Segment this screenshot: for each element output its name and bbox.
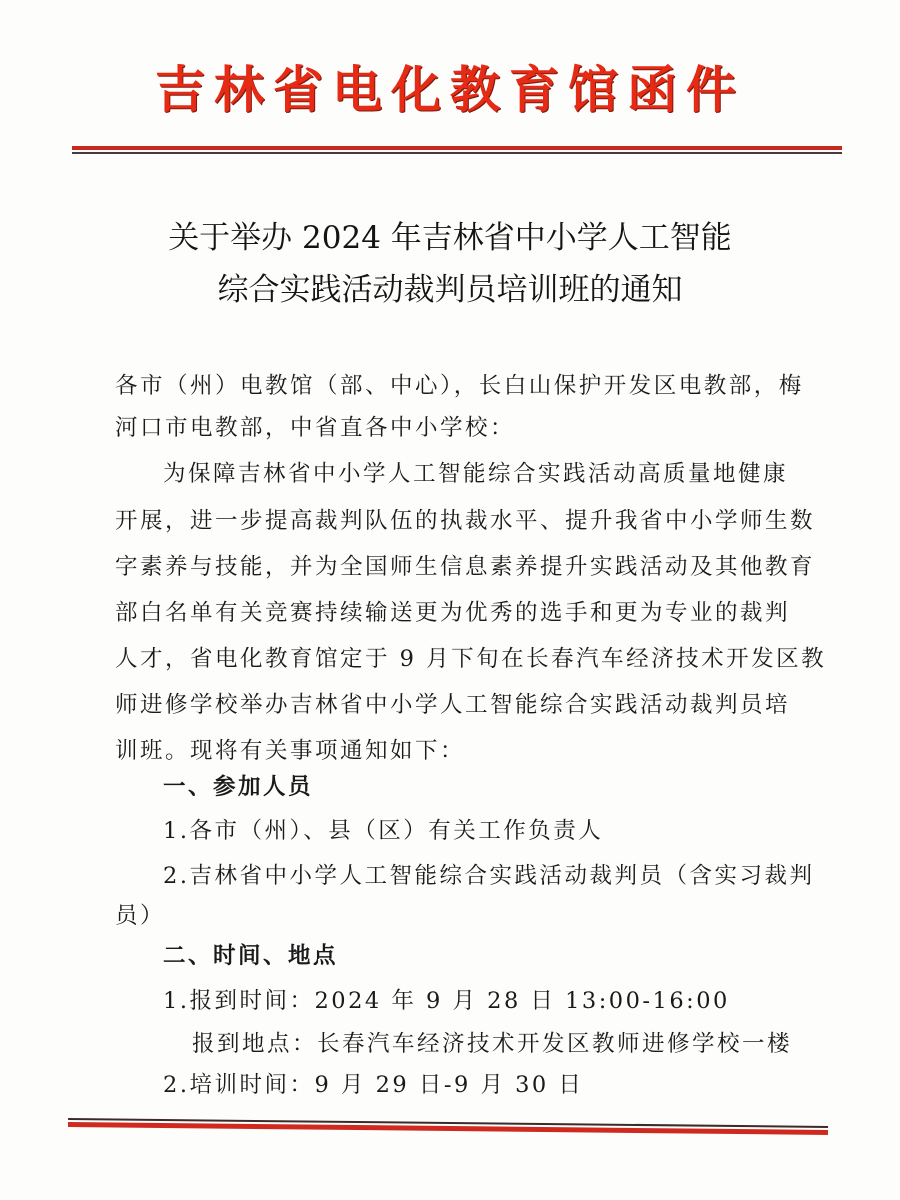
intro-line-2: 开展，进一步提高裁判队伍的执裁水平、提升我省中小学师生数 <box>115 505 815 537</box>
section-heading-time-location: 二、时间、地点 <box>163 940 338 972</box>
intro-line-7: 训班。现将有关事项通知如下： <box>115 735 465 767</box>
participants-item-2: 2.吉林省中小学人工智能综合实践活动裁判员（含实习裁判 <box>163 860 814 892</box>
participants-item-2-cont: 员） <box>115 900 165 932</box>
divider-dark-line <box>72 152 842 154</box>
intro-line-3: 字素养与技能，并为全国师生信息素养提升实践活动及其他教育 <box>115 551 815 583</box>
footer-divider <box>68 1118 828 1142</box>
intro-line-6: 师进修学校举办吉林省中小学人工智能综合实践活动裁判员培 <box>115 689 790 721</box>
training-time: 2.培训时间：9 月 29 日-9 月 30 日 <box>163 1069 583 1101</box>
salutation-line-1: 各市（州）电教馆（部、中心），长白山保护开发区电教部，梅 <box>115 370 804 402</box>
document-title: 关于举办 2024 年吉林省中小学人工智能 综合实践活动裁判员培训班的通知 <box>0 212 900 316</box>
intro-line-5: 人才，省电化教育馆定于 9 月下旬在长春汽车经济技术开发区教 <box>115 643 826 675</box>
registration-time: 1.报到时间：2024 年 9 月 28 日 13:00-16:00 <box>163 985 730 1017</box>
intro-line-4: 部白名单有关竞赛持续输送更为优秀的选手和更为专业的裁判 <box>115 597 790 629</box>
salutation-line-2: 河口市电教部，中省直各中小学校： <box>115 412 515 444</box>
participants-item-1: 1.各市（州）、县（区）有关工作负责人 <box>163 815 603 847</box>
letterhead-title: 吉林省电化教育馆函件 <box>0 60 900 120</box>
letterhead-divider <box>72 146 842 155</box>
intro-line-1: 为保障吉林省中小学人工智能综合实践活动高质量地健康 <box>163 458 788 490</box>
divider-red-line <box>72 146 842 150</box>
document-page: 吉林省电化教育馆函件 关于举办 2024 年吉林省中小学人工智能 综合实践活动裁… <box>0 0 900 1200</box>
section-heading-participants: 一、参加人员 <box>163 771 313 803</box>
document-title-line-1: 关于举办 2024 年吉林省中小学人工智能 <box>0 212 900 264</box>
document-title-line-2: 综合实践活动裁判员培训班的通知 <box>0 264 900 316</box>
registration-location: 报到地点：长春汽车经济技术开发区教师进修学校一楼 <box>192 1028 792 1060</box>
